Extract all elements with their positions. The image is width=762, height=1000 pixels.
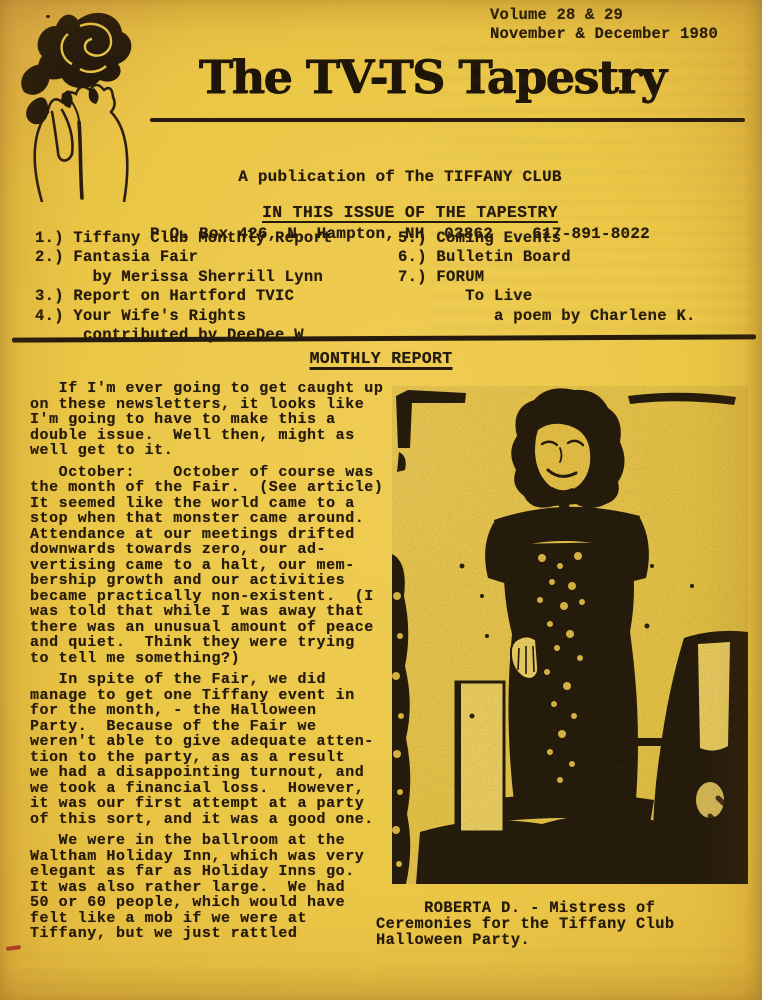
photo-caption: ROBERTA D. - Mistress of Ceremonies for …	[376, 900, 675, 949]
roberta-photo	[392, 386, 748, 884]
article-paragraph: October: October of course was the month…	[30, 465, 398, 667]
scan-speck	[6, 945, 21, 951]
newsletter-page: Volume 28 & 29 November & December 1980 …	[0, 0, 762, 1000]
monthly-report-heading: MONTHLY REPORT	[0, 349, 762, 368]
ink-bleed-ghost	[20, 953, 360, 991]
scan-speck	[46, 15, 50, 18]
article-paragraph: We were in the ballroom at the Waltham H…	[30, 833, 398, 942]
publisher-line1: A publication of The TIFFANY CLUB	[38, 168, 762, 187]
masthead-divider	[150, 118, 745, 122]
issue-index-right: 5.) Coming Events 6.) Bulletin Board 7.)…	[398, 229, 696, 326]
issue-index-heading: IN THIS ISSUE OF THE TAPESTRY	[58, 203, 762, 222]
scan-speck	[92, 16, 97, 20]
issue-index-left: 1.) Tiffany Club Monthly Report 2.) Fant…	[35, 229, 333, 345]
photo-halftone-grain	[392, 386, 748, 884]
monthly-report-article: If I'm ever going to get caught up on th…	[30, 381, 398, 948]
article-paragraph: If I'm ever going to get caught up on th…	[30, 381, 398, 459]
newsletter-title: The TV-TS Tapestry	[102, 54, 762, 100]
article-paragraph: In spite of the Fair, we did manage to g…	[30, 672, 398, 827]
volume-issue-date: Volume 28 & 29 November & December 1980	[490, 6, 718, 43]
ink-bleed-ghost	[380, 948, 740, 990]
